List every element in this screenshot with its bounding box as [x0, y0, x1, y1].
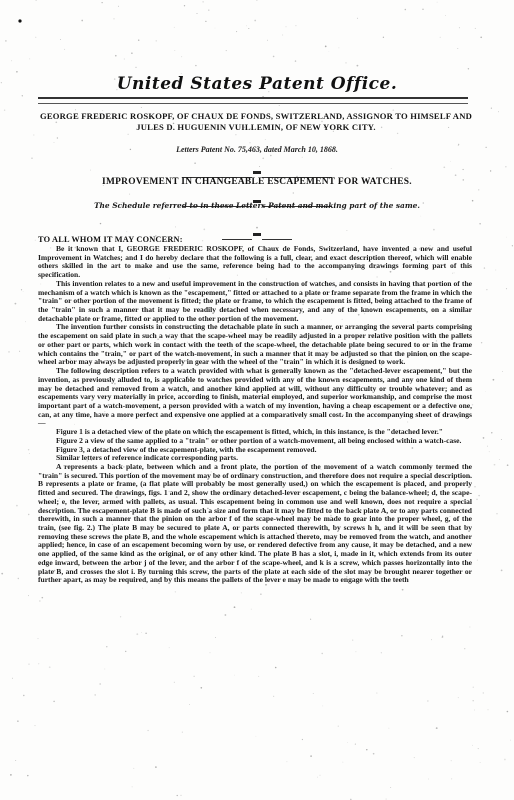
patent-number-line: Letters Patent No. 75,463, dated March 1…	[0, 145, 514, 154]
ornament-divider	[0, 225, 514, 231]
invention-title: IMPROVEMENT IN CHANGEABLE ESCAPEMENT FOR…	[0, 177, 514, 187]
paragraph: The invention further consists in constr…	[38, 323, 472, 367]
salutation: TO ALL WHOM IT MAY CONCERN:	[38, 235, 183, 244]
paragraph: A represents a back plate, between which…	[38, 463, 472, 585]
paragraph: Be it known that I, GEORGE FREDERIC ROSK…	[38, 245, 472, 280]
paragraph: This invention relates to a new and usef…	[38, 280, 472, 324]
grantee-line: GEORGE FREDERIC ROSKOPF, OF CHAUX DE FON…	[36, 111, 476, 133]
patent-page: United States Patent Office. GEORGE FRED…	[0, 0, 514, 800]
office-title: United States Patent Office.	[0, 74, 514, 94]
paragraph: The following description refers to a wa…	[38, 367, 472, 428]
ornament-divider	[0, 163, 514, 169]
ornament-divider	[0, 192, 514, 198]
schedule-line: The Schedule referred to in these Letter…	[0, 201, 514, 210]
specification-body: Be it known that I, GEORGE FREDERIC ROSK…	[38, 245, 472, 585]
header-rule	[38, 97, 468, 104]
